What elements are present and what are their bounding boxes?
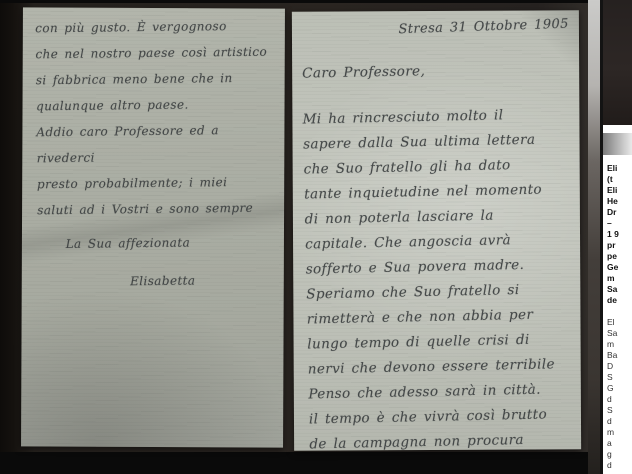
cropped-text-line: S <box>607 372 632 383</box>
cropped-text-line: Sa <box>607 284 632 295</box>
cropped-text-line: pr <box>607 240 632 251</box>
cropped-text-line: Sa <box>607 328 632 339</box>
cropped-text-line: Dr <box>607 207 632 218</box>
cropped-text-line: d <box>607 394 632 405</box>
letter-photo: con più gusto. È vergognosoche nel nostr… <box>0 3 597 452</box>
cropped-text-line: Ba <box>607 350 632 361</box>
screenshot-root: con più gusto. È vergognosoche nel nostr… <box>0 0 632 474</box>
cropped-text-line: Eli <box>607 163 632 174</box>
letter-date: Stresa 31 Ottobre 1905 <box>292 14 580 44</box>
letter-left-page: con più gusto. È vergognosoche nel nostr… <box>21 7 285 447</box>
handwritten-line: saluti ad i Vostri e sono sempre <box>37 195 281 224</box>
handwritten-line: La Sua affezionata <box>37 229 281 258</box>
cropped-text-line: 1 9 <box>607 229 632 240</box>
listing-title-fragment: Eli(tEliHeDr–1 9prpeGemSade <box>603 163 632 306</box>
cropped-text-line: D <box>607 361 632 372</box>
cropped-text-line: d <box>607 416 632 427</box>
cropped-text-line: G <box>607 383 632 394</box>
photo-edge-gutter <box>588 0 600 474</box>
cropped-text-line: (t <box>607 174 632 185</box>
cropped-text-line: d <box>607 460 632 471</box>
cropped-text-line: m <box>607 273 632 284</box>
cropped-text-line: Eli <box>607 185 632 196</box>
cropped-text-line: pe <box>607 251 632 262</box>
handwritten-line: Elisabetta <box>38 267 282 296</box>
cropped-text-line: – <box>607 218 632 229</box>
letter-salutation: Caro Professore, <box>292 58 579 84</box>
handwritten-line: qualunque altro paese. <box>36 91 280 120</box>
letter-right-page: Stresa 31 Ottobre 1905 Caro Professore, … <box>292 10 581 450</box>
listing-description-fragment: ElSamBaDSGdSdmagd <box>603 317 632 471</box>
cropped-text-line: m <box>607 339 632 350</box>
cropped-text-line: de <box>607 295 632 306</box>
cropped-text-line: Ge <box>607 262 632 273</box>
right-page-handwriting: Mi ha rincresciuto molto ilsapere dalla … <box>292 102 586 458</box>
cropped-text-line: m <box>607 427 632 438</box>
cropped-text-line: S <box>607 405 632 416</box>
cropped-text-line: El <box>607 317 632 328</box>
thumbnail-edge-fragment <box>603 133 632 155</box>
cropped-text-line: He <box>607 196 632 207</box>
listing-text-column: Eli(tEliHeDr–1 9prpeGemSade ElSamBaDSGdS… <box>600 0 632 474</box>
handwritten-line: si fabbrica meno bene che in <box>36 65 280 94</box>
handwritten-line: de la campagna non procura <box>309 427 582 458</box>
handwritten-line: che nel nostro paese così artistico <box>35 39 279 68</box>
cropped-text-line: g <box>607 449 632 460</box>
handwritten-line: Addio caro Professore ed a rivederci <box>36 117 281 172</box>
handwritten-line: presto probabilmente; i miei <box>37 169 281 198</box>
left-page-handwriting: con più gusto. È vergognosoche nel nostr… <box>23 4 288 295</box>
adjacent-image-fragment <box>603 0 632 125</box>
handwritten-line: con più gusto. È vergognoso <box>35 13 279 42</box>
cropped-text-line: a <box>607 438 632 449</box>
